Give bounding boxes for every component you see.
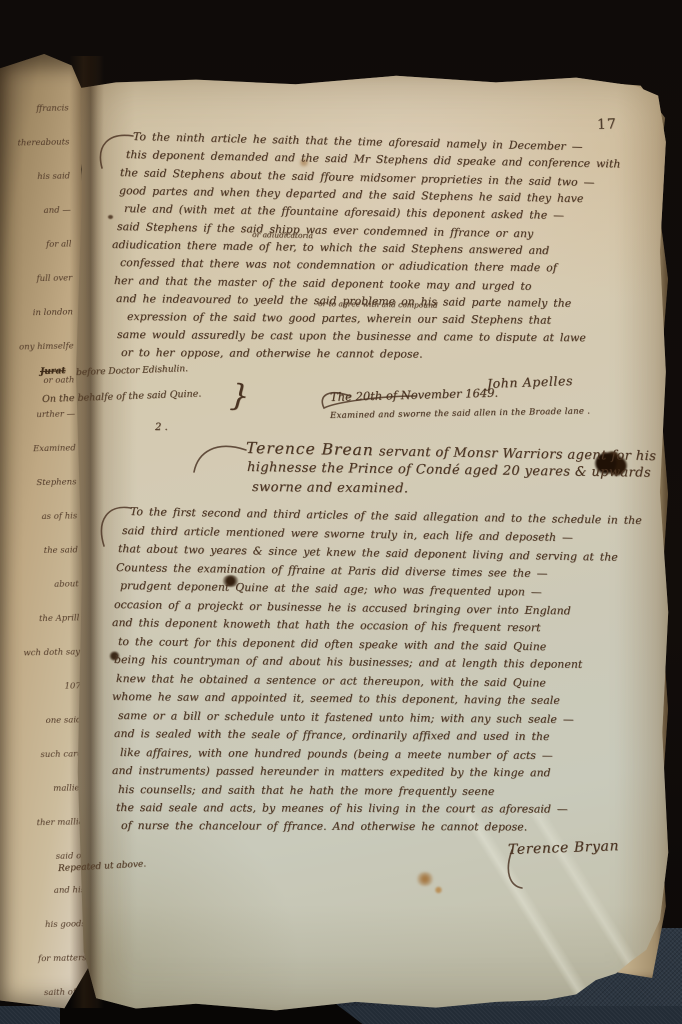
deponent-name: Terence Brean [246, 439, 374, 459]
manuscript-line: the said seale and acts, by meanes of hi… [116, 801, 568, 816]
manuscript-line: of nurse the chancelour of ffrance. And … [121, 819, 527, 833]
manuscript-line: and is sealed with the seale of ffrance,… [114, 727, 550, 743]
manuscript-line: to the court for this deponent did often… [118, 635, 546, 653]
manuscript-line: adiudication there made of her, to which… [112, 238, 549, 257]
manuscript-line: said Stephens if the said shipp was ever… [117, 220, 534, 240]
date-line: The 20th of November 1649. [330, 386, 498, 404]
deponent-title: servant of Monsr Warriors agent for his [379, 444, 657, 464]
manuscript-line: whome he saw and appointed it, seemed to… [112, 690, 560, 707]
margin-brace: } [229, 378, 250, 414]
deponent-signature: Terence Bryan [508, 838, 620, 858]
manuscript-line: and instruments) passed hereunder in mat… [112, 764, 551, 779]
margin-note-on-behalf: On the behalfe of the said Quine. [42, 388, 202, 405]
interlinear-insertion-1: or adiudicatoria [252, 230, 313, 240]
manuscript-line: and this deponent knoweth that hath the … [112, 616, 541, 634]
manuscript-line: same or a bill or schedule unto it faste… [118, 709, 574, 726]
manuscript-line: his counsells; and saith that he hath th… [118, 783, 495, 798]
manuscript-line: To the first second and third articles o… [130, 505, 642, 527]
ink-layer: 17 To the ninth article he saith that th… [0, 0, 682, 1024]
margin-note-sworn-before: before Doctor Edishulin. [76, 364, 188, 378]
exam-note: Examined and sworne the said allen in th… [330, 406, 590, 421]
manuscript-line: confessed that there was not condemnatio… [120, 256, 557, 274]
manuscript-line: rule and (with met at the ffountaine afo… [124, 202, 564, 222]
deposition-heading-line3: sworne and examined. [252, 480, 409, 496]
manuscript-line: occasion of a projeckt or businesse he i… [114, 598, 571, 617]
photo-manuscript: ffrancis thereabouts his said and — for … [0, 0, 682, 1024]
manuscript-line: her and that the master of the said depo… [114, 274, 532, 293]
bottom-margin-note: Repeated ut above. [58, 859, 147, 874]
interlinear-insertion-2: or to agree with and compound [318, 299, 438, 310]
item-number: 2 . [155, 422, 168, 433]
manuscript-line: prudgent deponent Quine at the said age;… [120, 579, 542, 599]
manuscript-line: being his countryman of and about his bu… [114, 653, 583, 671]
manuscript-line: expression of the said two good partes, … [127, 310, 551, 327]
manuscript-line: that about two yeares & since yet knew t… [118, 542, 618, 564]
manuscript-line: or to her oppose, and otherwise he canno… [121, 346, 423, 361]
manuscript-line: said third article mentioned were sworne… [122, 524, 573, 544]
margin-jurat-word: Jurat [40, 366, 66, 377]
manuscript-line: Countess the examination of ffraine at P… [116, 561, 548, 580]
deposition-heading-line2: highnesse the Prince of Condé aged 20 ye… [247, 460, 651, 481]
manuscript-line: same would assuredly be cast upon the bu… [117, 328, 586, 344]
manuscript-line: knew that he obtained a sentence or act … [116, 672, 546, 690]
examiner-signature: John Apelles [487, 373, 574, 391]
manuscript-line: like affaires, with one hundred pounds (… [120, 746, 553, 762]
page-number: 17 [597, 116, 617, 133]
